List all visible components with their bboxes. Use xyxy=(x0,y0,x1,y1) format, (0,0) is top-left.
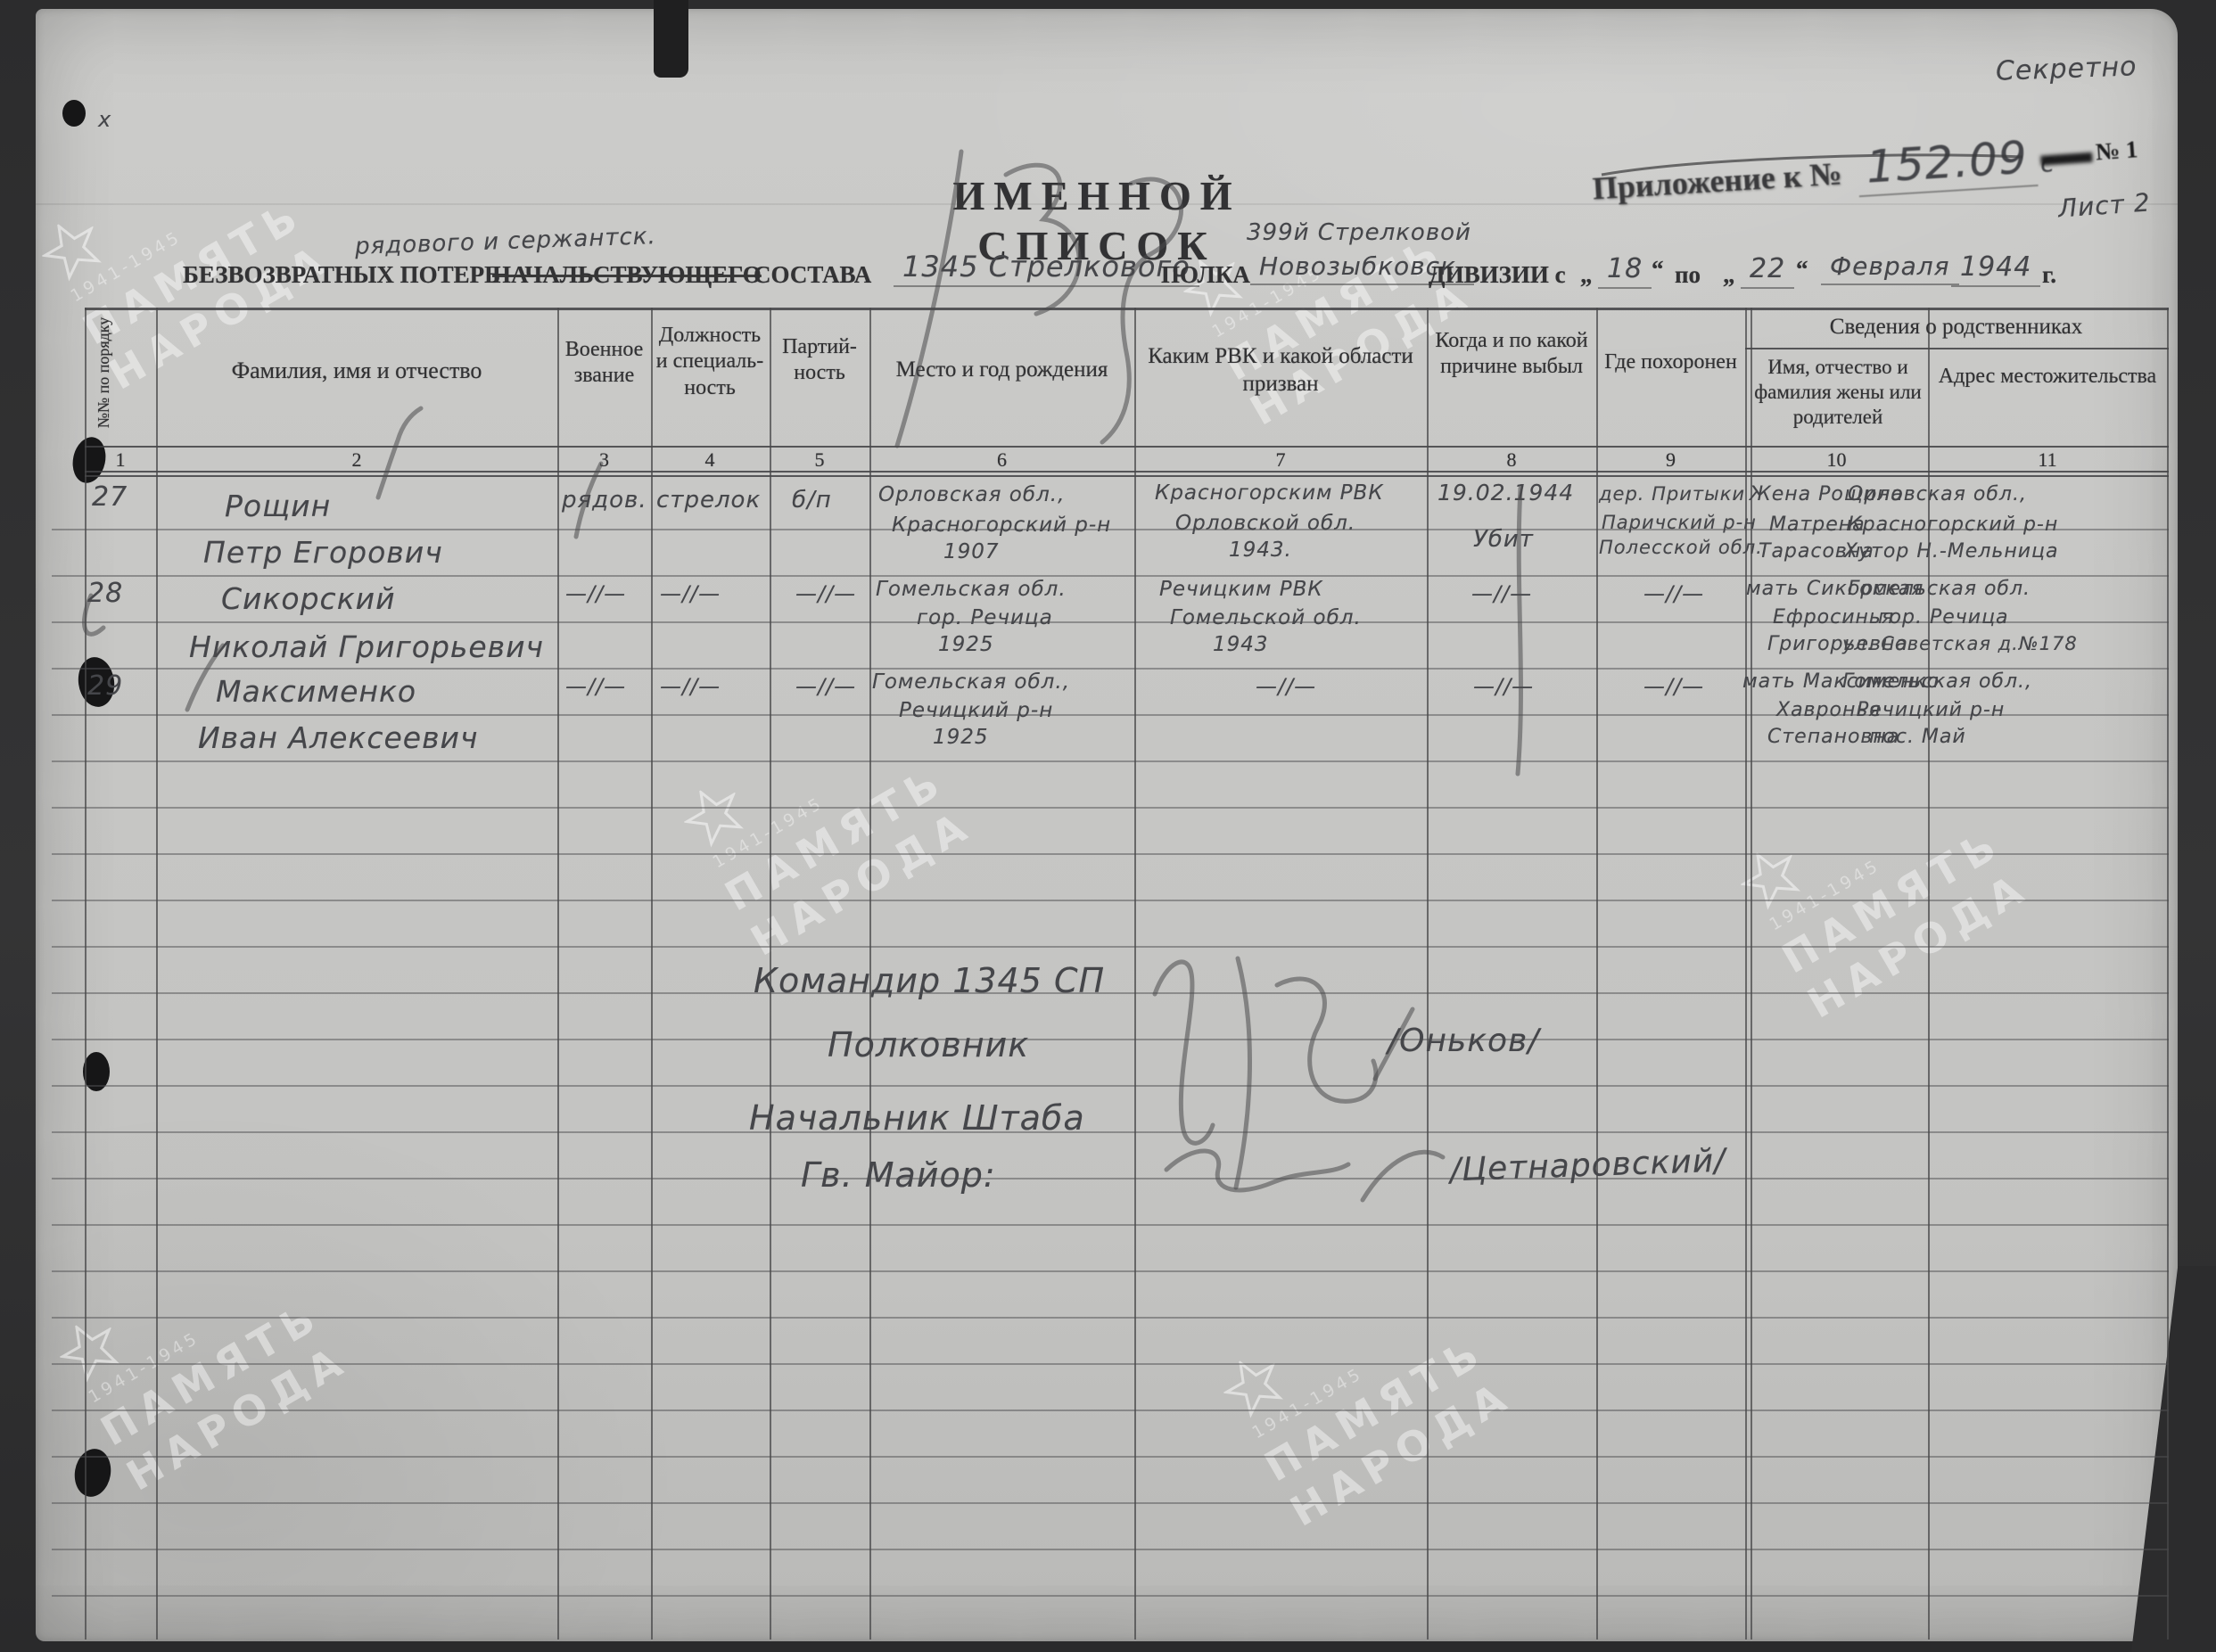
subtitle-po: по xyxy=(1675,260,1701,290)
burial-place: дер. Притыки xyxy=(1599,483,1745,505)
party-status: б/п xyxy=(792,487,832,514)
corner-mark: х xyxy=(98,107,111,133)
column-divider xyxy=(1427,308,1429,1640)
year-handwritten: 1944 xyxy=(1951,251,2040,287)
relatives-underline xyxy=(1745,348,2169,349)
birth-place: Гомельская обл. xyxy=(876,578,1067,603)
relative-address: пос. Май xyxy=(1869,726,1966,749)
row-number: 27 xyxy=(92,481,128,514)
given-names: Николай Григорьевич xyxy=(189,629,544,665)
row-number: 28 xyxy=(87,578,123,610)
rvk: Красногорским РВК xyxy=(1155,481,1384,506)
party-ditto: —//— xyxy=(795,581,856,607)
relative-address: Гомельская обл. xyxy=(1848,578,2031,601)
row-number: 29 xyxy=(87,670,123,703)
sheet-number: Лист 2 xyxy=(2057,187,2152,224)
subtitle-part3: ПОЛКА xyxy=(1161,260,1250,290)
scanned-document-page: 1941-1945 ПАМЯТЬ НАРОДА 1941-1945 ПАМЯТЬ… xyxy=(0,0,2216,1652)
table-border-left xyxy=(85,308,86,1640)
division-number-handwritten: 399й Стрелковой xyxy=(1247,219,1471,247)
column-number: 5 xyxy=(770,448,869,473)
relative-address: Гомельская обл., xyxy=(1842,670,2032,694)
column-number: 10 xyxy=(1745,448,1928,473)
party-ditto: —//— xyxy=(795,674,856,700)
hole-punch xyxy=(62,100,86,127)
relative-address: Хутор Н.-Мельница xyxy=(1844,540,2058,563)
fate-cause: Убит xyxy=(1473,526,1534,554)
column-number: 8 xyxy=(1427,448,1596,473)
column-number: 6 xyxy=(869,448,1134,473)
column-divider xyxy=(1134,308,1136,1640)
given-names: Петр Егорович xyxy=(203,535,443,571)
relative-address: Орловская обл., xyxy=(1848,483,2027,506)
relative-address: Красногорский р-н xyxy=(1848,514,2058,537)
burial-ditto: —//— xyxy=(1643,674,1704,700)
surname: Максименко xyxy=(216,674,416,710)
column-header-name: Фамилия, имя и отчество xyxy=(156,357,557,385)
relative-address: ул. Советская д.№178 xyxy=(1842,633,2078,655)
column-divider xyxy=(557,308,559,1640)
column-divider xyxy=(156,308,158,1640)
column-divider-double xyxy=(1745,308,1747,1640)
fate-date: 19.02.1944 xyxy=(1438,480,1574,506)
table-border-right xyxy=(2167,308,2169,1640)
rank-ditto: —//— xyxy=(565,581,626,607)
subtitle-g: г. xyxy=(2042,260,2056,290)
rvk: Орловской обл. xyxy=(1175,512,1355,537)
rvk: Речицким РВК xyxy=(1159,578,1323,603)
column-header-rank: Военное звание xyxy=(557,337,651,390)
column-number: 7 xyxy=(1134,448,1427,473)
column-divider xyxy=(1596,308,1598,1640)
numbers-row-line2 xyxy=(85,475,2169,477)
stamp-bar xyxy=(2040,152,2093,166)
annex-number: 152.09 xyxy=(1856,131,2038,197)
month-handwritten: Февраля xyxy=(1821,251,1959,285)
commander-signature-name: /Оньков/ xyxy=(1388,1022,1539,1060)
column-header-birth: Место и год рождения xyxy=(869,357,1134,384)
relative-name: Ефросинья xyxy=(1773,606,1894,629)
surname: Сикорский xyxy=(221,581,396,617)
column-header-buried: Где похоронен xyxy=(1596,349,1745,375)
burial-ditto: —//— xyxy=(1643,581,1704,607)
column-number: 1 xyxy=(85,448,156,473)
rvk-year: 1943 xyxy=(1213,633,1269,658)
subtitle-struck-word: НАЧАЛЬСТВУЮЩЕГО xyxy=(492,260,762,290)
birth-year: 1925 xyxy=(933,726,989,751)
column-header-duty: Должность и специаль- ность xyxy=(651,323,769,401)
column-number: 9 xyxy=(1596,448,1745,473)
column-header-fate: Когда и по какой причине выбыл xyxy=(1427,328,1596,381)
column-header-rvk: Каким РВК и какой области призван xyxy=(1134,343,1427,398)
date-from-handwritten: 18 xyxy=(1598,253,1652,289)
column-divider xyxy=(651,308,653,1640)
column-number: 4 xyxy=(651,448,769,473)
chief-of-staff-rank: Гв. Майор: xyxy=(801,1155,996,1196)
secret-note: Секретно xyxy=(1995,51,2138,88)
column-divider-double xyxy=(1751,308,1752,1640)
quote-open: „ xyxy=(1580,260,1593,290)
rank: рядов. xyxy=(562,487,647,514)
column-header-index: №№ по порядку xyxy=(95,310,114,435)
column-header-party: Партий- ность xyxy=(770,334,869,387)
relatives-group-header: Сведения о родственниках xyxy=(1745,314,2167,341)
commander-rank: Полковник xyxy=(828,1025,1029,1066)
column-header-relative: Имя, отчество и фамилия жены или родител… xyxy=(1750,355,1926,430)
fate-ditto: —//— xyxy=(1473,674,1534,700)
table-top-border xyxy=(85,308,2169,310)
birth-place: Речицкий р-н xyxy=(899,699,1053,724)
stamp-number: № 1 xyxy=(2095,136,2138,165)
given-names: Иван Алексеевич xyxy=(198,720,478,756)
relative-address: гор. Речица xyxy=(1878,606,2009,629)
column-number: 3 xyxy=(557,448,651,473)
rvk: Гомельской обл. xyxy=(1170,606,1362,631)
birth-place: Гомельская обл., xyxy=(872,670,1070,695)
date-to-handwritten: 22 xyxy=(1741,253,1794,289)
duty-ditto: —//— xyxy=(660,581,721,607)
chief-of-staff-role: Начальник Штаба xyxy=(749,1098,1085,1139)
column-number: 11 xyxy=(1928,448,2167,473)
relative-address: Речицкий р-н xyxy=(1857,699,2005,722)
birth-place: Красногорский р-н xyxy=(892,514,1111,538)
column-header-address: Адрес местожительства xyxy=(1928,364,2167,390)
subtitle-part4: ДИВИЗИИ с xyxy=(1429,260,1566,290)
scan-top-notch xyxy=(654,0,688,78)
subtitle-part1: БЕЗВОЗВРАТНЫХ ПОТЕРЬ xyxy=(183,260,500,290)
quote-close: “ xyxy=(1796,255,1808,284)
quote-open: „ xyxy=(1723,260,1735,290)
fate-ditto: —//— xyxy=(1471,581,1532,607)
burial-place: Паричский р-н xyxy=(1602,512,1757,534)
rvk-ditto: —//— xyxy=(1256,674,1316,700)
column-divider xyxy=(1928,308,1930,1640)
header-bottom-line xyxy=(85,446,2169,448)
quote-close: “ xyxy=(1652,255,1664,284)
rank-ditto: —//— xyxy=(565,674,626,700)
birth-year: 1925 xyxy=(938,633,994,658)
subtitle-part2: СОСТАВА xyxy=(754,260,871,290)
duty: стрелок xyxy=(656,487,761,514)
birth-place: гор. Речица xyxy=(917,606,1053,631)
duty-ditto: —//— xyxy=(660,674,721,700)
regiment-number-handwritten: 1345 Стрелкового xyxy=(894,250,1199,287)
commander-role: Командир 1345 СП xyxy=(754,961,1105,1002)
birth-year: 1907 xyxy=(943,540,1000,565)
birth-place: Орловская обл., xyxy=(878,483,1065,508)
rvk-year: 1943. xyxy=(1229,538,1292,563)
column-number: 2 xyxy=(156,448,557,473)
surname: Рощин xyxy=(225,489,331,524)
burial-place: Полесской обл. xyxy=(1599,537,1763,559)
